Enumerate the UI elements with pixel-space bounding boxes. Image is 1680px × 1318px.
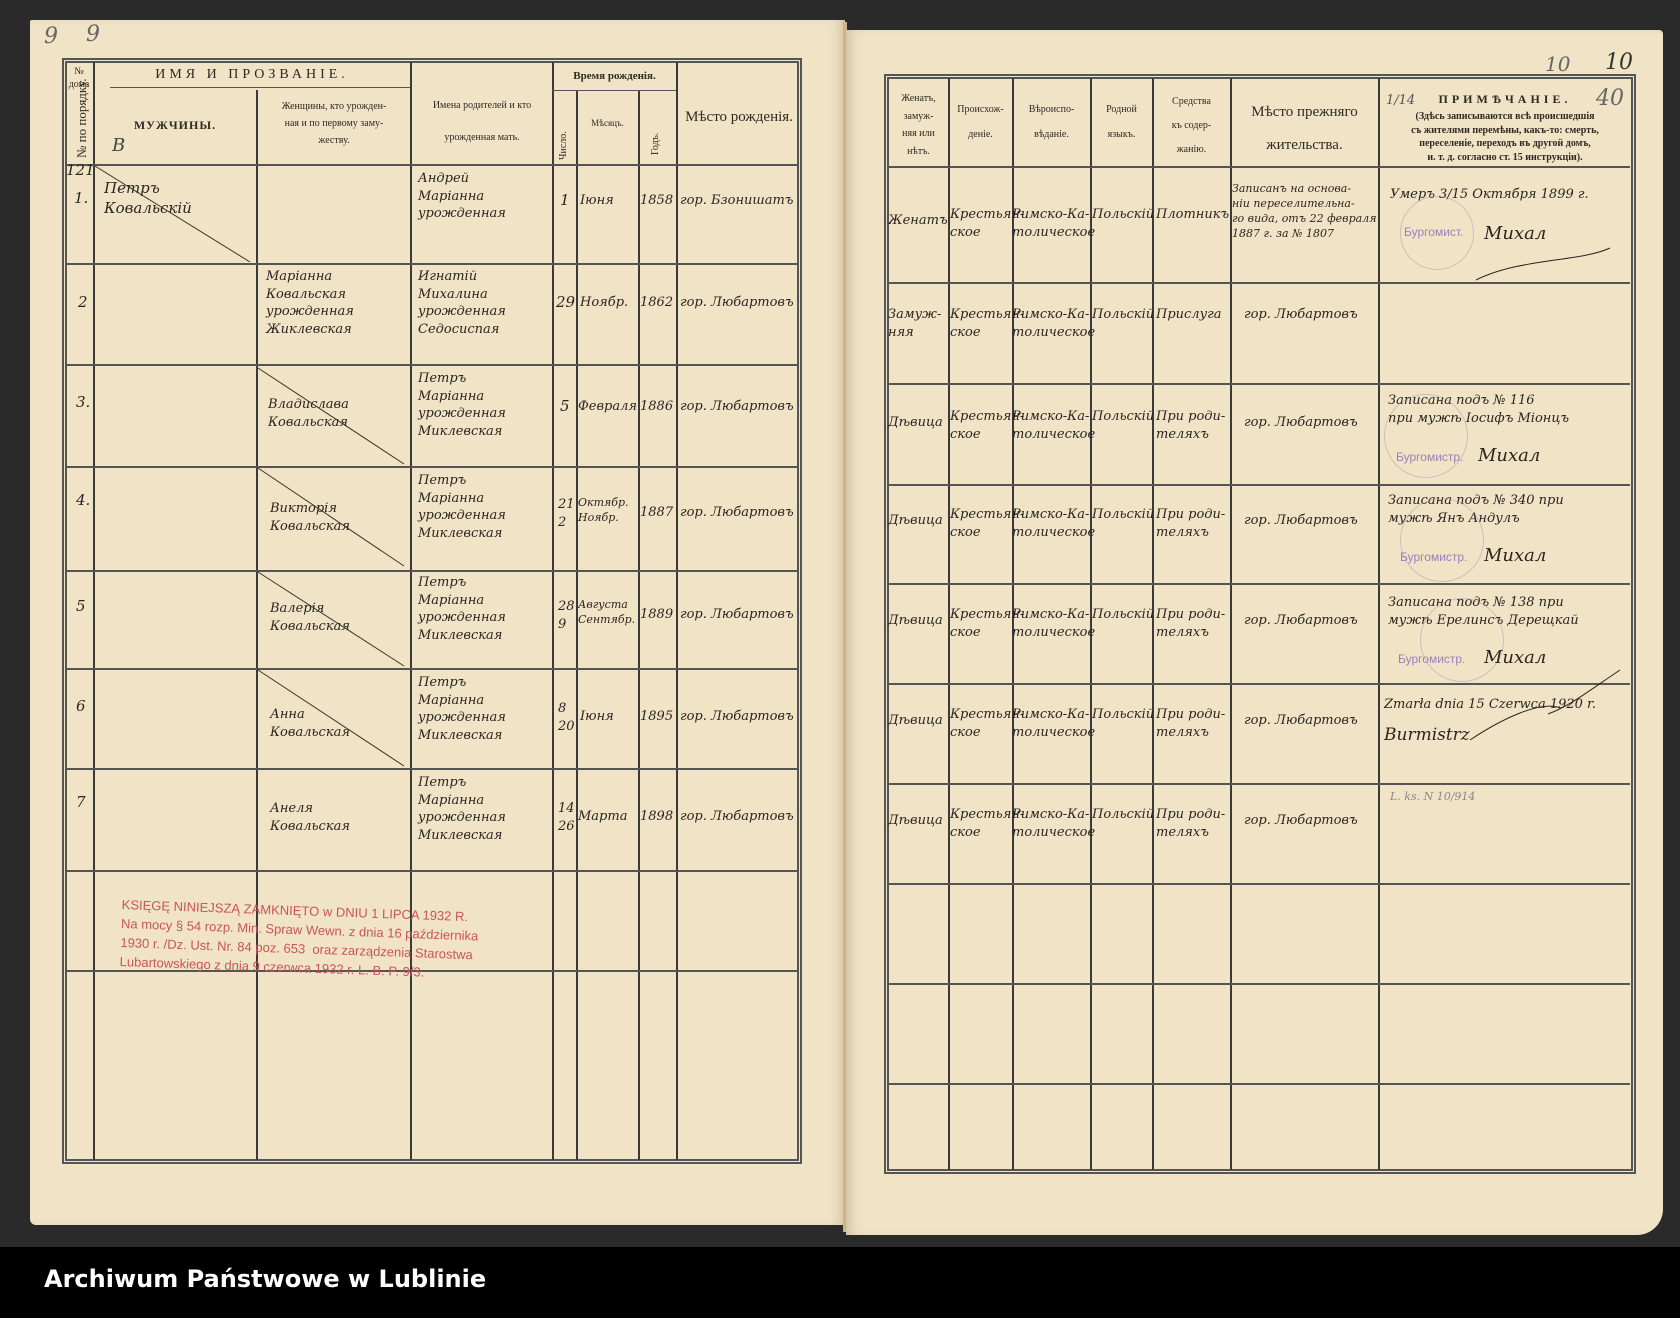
header-birth-time: Время рожденія. bbox=[553, 70, 676, 84]
header-origin: Происхож- деніе. bbox=[949, 104, 1012, 142]
page-number-crossed: 9 bbox=[44, 24, 58, 49]
header-order-no: № по порядку. bbox=[74, 79, 90, 159]
header-means: Средства къ содер- жанію. bbox=[1153, 96, 1230, 156]
margin-house-number: 121 bbox=[66, 160, 95, 180]
archive-name: Archiwum Państwowe w Lublinie bbox=[44, 1265, 486, 1293]
header-name-group: ИМЯ И ПРОЗВАНІЕ. bbox=[94, 66, 410, 84]
header-notes-desc: (Здѣсь записываются всѣ происшедшія съ ж… bbox=[1380, 110, 1630, 164]
header-religion: Вѣроиспо- вѣданіе. bbox=[1013, 104, 1090, 142]
closure-stamp: KSIĘGĘ NINIEJSZĄ ZAMKNIĘTO w DNIU 1 LIPC… bbox=[119, 896, 479, 984]
archive-banner: Archiwum Państwowe w Lublinie bbox=[0, 1247, 1680, 1318]
header-parents: Имена родителей и кто урожденная мать. bbox=[412, 98, 552, 146]
header-women: Женщины, кто урожден- ная и по первому з… bbox=[258, 98, 410, 149]
header-married: Женатъ, замуж- няя или нѣтъ. bbox=[889, 90, 948, 160]
header-previous-residence: Мѣсто прежняго жительства. bbox=[1231, 104, 1378, 154]
page-number-pencil: 10 bbox=[1545, 52, 1570, 76]
header-notes-title: ПРИМѢЧАНІЕ. bbox=[1380, 92, 1630, 107]
header-day: Число. bbox=[558, 131, 569, 160]
header-men: МУЖЧИНЫ. bbox=[94, 118, 256, 133]
header-birthplace: Мѣсто рожденія. bbox=[678, 108, 800, 127]
page-number: 9 bbox=[86, 22, 100, 47]
header-month: Мѣсяцъ. bbox=[577, 118, 638, 129]
margin-letter: B bbox=[112, 134, 125, 158]
page-number: 10 bbox=[1605, 50, 1633, 75]
header-year: Годъ. bbox=[650, 133, 661, 155]
header-language: Родной языкъ. bbox=[1091, 104, 1152, 142]
